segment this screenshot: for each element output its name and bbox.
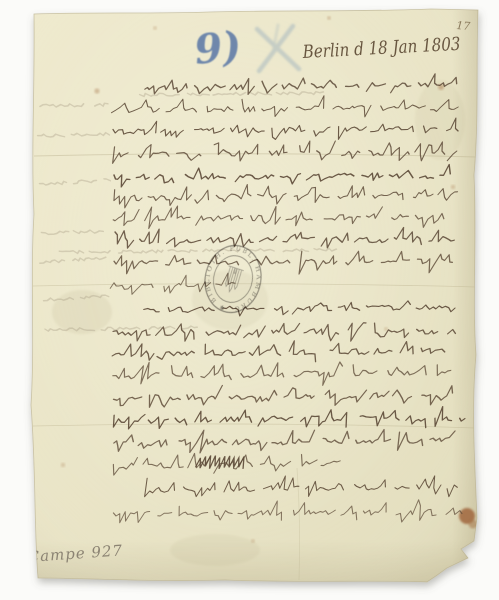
blue-crayon-number: 9)	[192, 22, 243, 74]
letter-scan: Berlin d 18 Jan 1803 17 9) Campe 927 ✱ B	[0, 0, 499, 600]
foxing-spot	[94, 88, 99, 93]
foxing-spot	[384, 327, 388, 331]
foxing-spot	[327, 16, 331, 20]
page-number: 17	[456, 19, 471, 33]
foxing-spot	[61, 463, 65, 467]
foxing-spot	[153, 26, 157, 30]
paper-sheet: Berlin d 18 Jan 1803 17 9) Campe 927 ✱ B	[25, 2, 485, 594]
foxing-spot	[251, 539, 255, 543]
foxing-spot	[451, 185, 455, 189]
